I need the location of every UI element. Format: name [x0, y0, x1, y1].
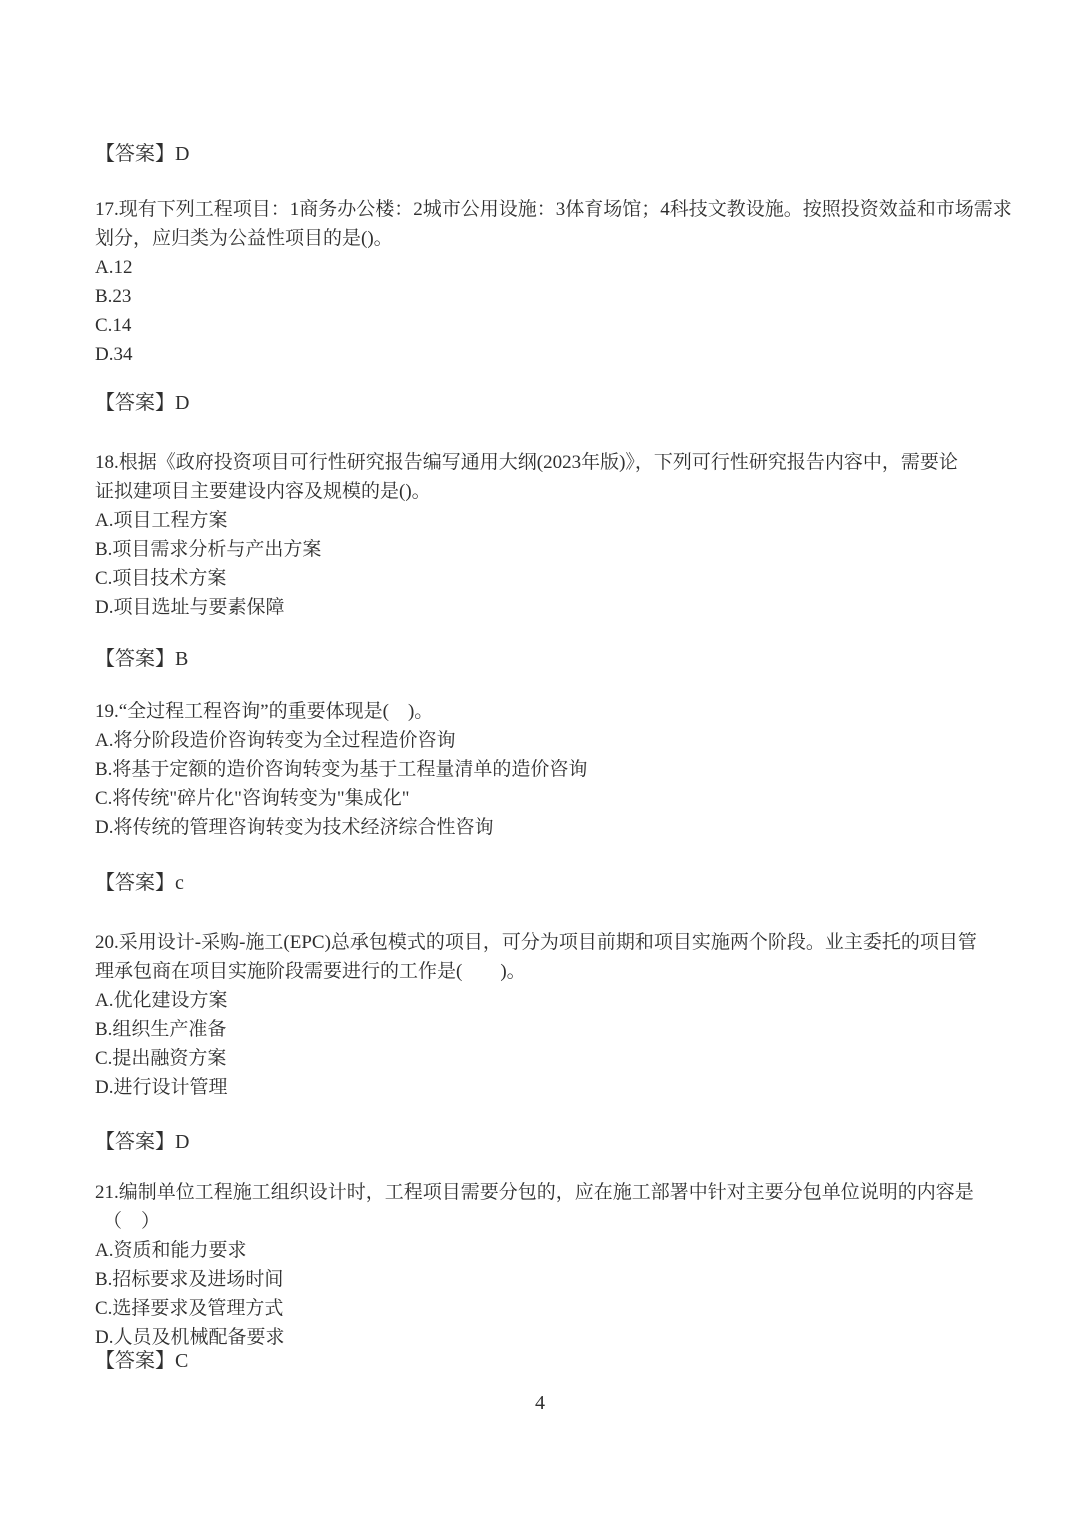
- question-20-option-a: A.优化建设方案: [95, 986, 977, 1015]
- question-20-text-line-1: 20.采用设计-采购-施工(EPC)总承包模式的项目，可分为项目前期和项目实施两…: [95, 928, 977, 957]
- question-21-option-d: D.人员及机械配备要求: [95, 1323, 974, 1352]
- question-17-text-line-1: 17.现有下列工程项目：1商务办公楼：2城市公用设施：3体育场馆；4科技文教设施…: [95, 195, 1012, 224]
- question-20-option-b: B.组织生产准备: [95, 1015, 977, 1044]
- question-20-option-d: D.进行设计管理: [95, 1073, 977, 1102]
- page-number: 4: [0, 1390, 1080, 1416]
- question-21-text-line-1: 21.编制单位工程施工组织设计时，工程项目需要分包的，应在施工部署中针对主要分包…: [95, 1178, 974, 1207]
- answer-line-q21: 【答案】C: [95, 1348, 188, 1374]
- question-18-option-c: C.项目技术方案: [95, 564, 958, 593]
- question-20: 20.采用设计-采购-施工(EPC)总承包模式的项目，可分为项目前期和项目实施两…: [95, 928, 977, 1102]
- answer-line-q20: 【答案】D: [95, 1129, 189, 1155]
- question-19: 19.“全过程工程咨询”的重要体现是( )。 A.将分阶段造价咨询转变为全过程造…: [95, 697, 587, 842]
- question-18-text-line-2: 证拟建项目主要建设内容及规模的是()。: [95, 477, 958, 506]
- question-18-text-line-1: 18.根据《政府投资项目可行性研究报告编写通用大纲(2023年版)》，下列可行性…: [95, 448, 958, 477]
- question-21-text-line-2: （ ）: [95, 1207, 974, 1236]
- question-18-option-b: B.项目需求分析与产出方案: [95, 535, 958, 564]
- question-18-option-d: D.项目选址与要素保障: [95, 593, 958, 622]
- question-19-option-c: C.将传统"碎片化"咨询转变为"集成化": [95, 784, 587, 813]
- question-19-option-b: B.将基于定额的造价咨询转变为基于工程量清单的造价咨询: [95, 755, 587, 784]
- question-21-option-c: C.选择要求及管理方式: [95, 1294, 974, 1323]
- question-18: 18.根据《政府投资项目可行性研究报告编写通用大纲(2023年版)》，下列可行性…: [95, 448, 958, 622]
- question-17: 17.现有下列工程项目：1商务办公楼：2城市公用设施：3体育场馆；4科技文教设施…: [95, 195, 1012, 369]
- question-21-option-a: A.资质和能力要求: [95, 1236, 974, 1265]
- question-19-option-a: A.将分阶段造价咨询转变为全过程造价咨询: [95, 726, 587, 755]
- answer-line-q19: 【答案】c: [95, 870, 184, 896]
- question-17-option-c: C.14: [95, 311, 1012, 340]
- question-20-option-c: C.提出融资方案: [95, 1044, 977, 1073]
- exam-document-page: 【答案】D 17.现有下列工程项目：1商务办公楼：2城市公用设施：3体育场馆；4…: [0, 0, 1080, 1527]
- question-17-text-line-2: 划分，应归类为公益性项目的是()。: [95, 224, 1012, 253]
- question-21-option-b: B.招标要求及进场时间: [95, 1265, 974, 1294]
- question-19-text-line-1: 19.“全过程工程咨询”的重要体现是( )。: [95, 697, 587, 726]
- answer-line-q18: 【答案】B: [95, 646, 188, 672]
- answer-line-q17: 【答案】D: [95, 390, 189, 416]
- question-17-option-a: A.12: [95, 253, 1012, 282]
- question-21: 21.编制单位工程施工组织设计时，工程项目需要分包的，应在施工部署中针对主要分包…: [95, 1178, 974, 1352]
- question-20-text-line-2: 理承包商在项目实施阶段需要进行的工作是( )。: [95, 957, 977, 986]
- question-17-option-d: D.34: [95, 340, 1012, 369]
- question-18-option-a: A.项目工程方案: [95, 506, 958, 535]
- question-17-option-b: B.23: [95, 282, 1012, 311]
- answer-line-q16: 【答案】D: [95, 141, 189, 167]
- question-19-option-d: D.将传统的管理咨询转变为技术经济综合性咨询: [95, 813, 587, 842]
